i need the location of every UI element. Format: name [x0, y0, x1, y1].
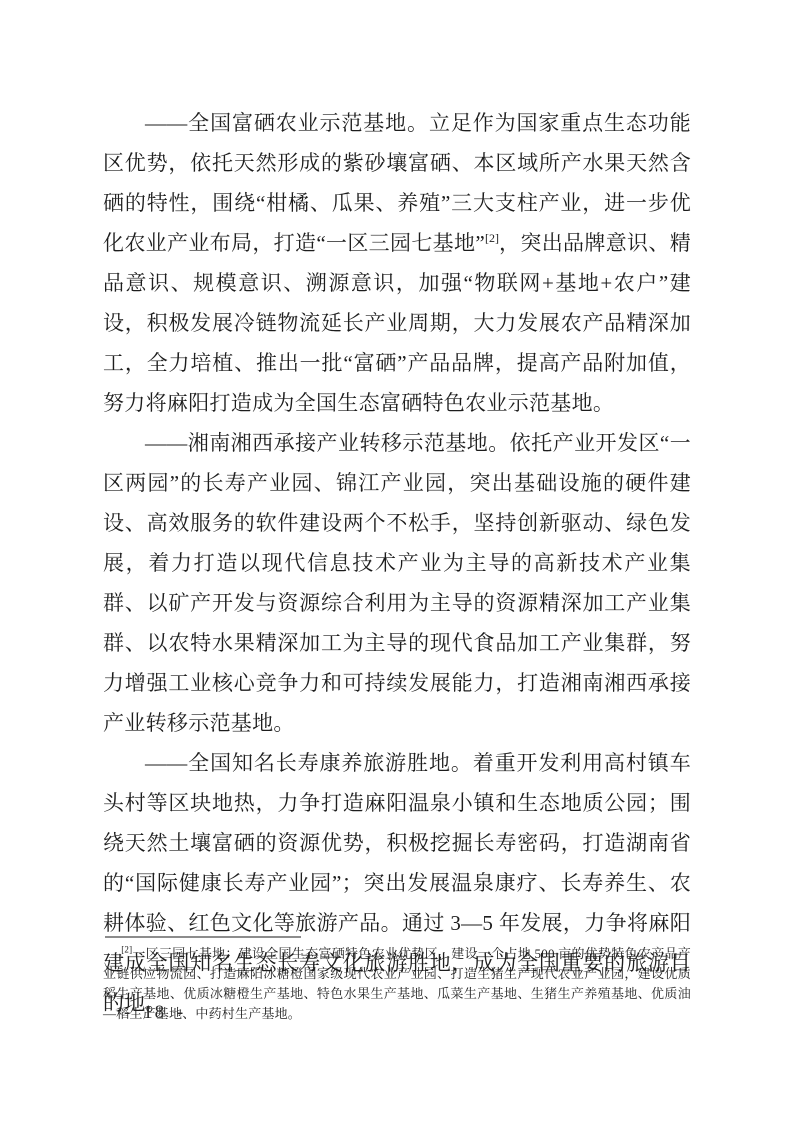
- paragraph-selenium-agriculture: ——全国富硒农业示范基地。立足作为国家重点生态功能区优势，依托天然形成的紫砂壤富…: [103, 103, 691, 423]
- page-number: - 18 -: [124, 1002, 185, 1024]
- document-page: ——全国富硒农业示范基地。立足作为国家重点生态功能区优势，依托天然形成的紫砂壤富…: [0, 0, 793, 1122]
- footnote-marker-2: [2]: [121, 945, 132, 955]
- document-body: ——全国富硒农业示范基地。立足作为国家重点生态功能区优势，依托天然形成的紫砂壤富…: [103, 103, 691, 1023]
- footnote-separator-line: [105, 936, 301, 938]
- footnote-body: 一区三园七基地：建设全国生态富硒特色农业优势区，建设一个占地 500 亩的优势特…: [103, 946, 691, 1021]
- footnote-section: [2]一区三园七基地：建设全国生态富硒特色农业优势区，建设一个占地 500 亩的…: [103, 936, 691, 1024]
- footnote-reference-2: [2]: [485, 231, 499, 245]
- paragraph-industry-transfer: ——湘南湘西承接产业转移示范基地。依托产业开发区“一区两园”的长寿产业园、锦江产…: [103, 423, 691, 743]
- paragraph-text: ，突出品牌意识、精品意识、规模意识、溯源意识，加强“物联网+基地+农户”建设，积…: [103, 231, 691, 415]
- footnote-text: [2]一区三园七基地：建设全国生态富硒特色农业优势区，建设一个占地 500 亩的…: [103, 944, 691, 1024]
